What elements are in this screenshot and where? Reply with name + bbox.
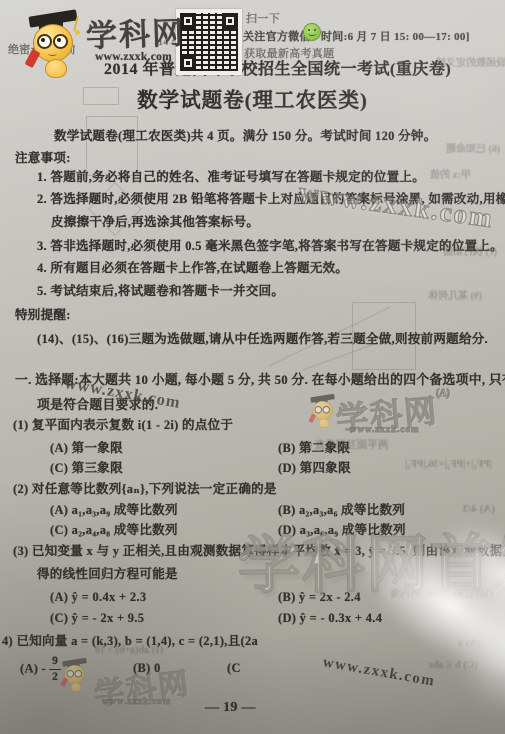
question-4-option-a: (A) -92 — [20, 656, 61, 683]
paper-info-line: 数学试题卷(理工农医类)共 4 页。满分 150 分。考试时间 120 分钟。 — [54, 129, 437, 144]
ghost-diagram-box — [86, 116, 138, 176]
wechat-green-emoji-icon — [303, 23, 321, 41]
question-1-option-c: (C) 第三象限 — [50, 461, 123, 476]
special-reminder-text: (14)、(15)、(16)三题为选做题,请从中任选两题作答,若三题全做,则按前… — [37, 332, 488, 347]
notice-item: 5. 考试结束后,将试题卷和答题卡一并交回。 — [37, 284, 284, 299]
qr-finder-pattern — [180, 55, 196, 71]
question-4-option-c: (C — [227, 661, 241, 676]
bleed-through-text: 甲:x 的值 — [430, 166, 471, 181]
notice-item: 皮擦擦干净后,再选涂其他答案标号。 — [51, 215, 259, 230]
bleed-through-text: (C) b ≤ abc — [428, 660, 478, 671]
question-3-option-a: (A) ŷ = 0.4x + 2.3 — [50, 590, 146, 605]
question-3-stem-line2: 得的线性回归方程可能是 — [37, 567, 178, 582]
question-1-option-a: (A) 第一象限 — [50, 441, 123, 456]
scanned-exam-page: 设函数的定义域 (6) 已知命题 甲:x 的值 (7) 执行如图 (9) 某几何… — [0, 0, 505, 734]
question-4-stem: 4) 已知向量 a = (k,3), b = (1,4), c = (2,1),… — [2, 634, 258, 649]
brand-logo-text: 学科网 — [85, 14, 185, 55]
camera-glare — [455, 585, 505, 715]
zxxk-graduate-emoji-logo — [24, 10, 90, 86]
watermark-site-topright: www.zxxk.com — [297, 176, 496, 234]
paper-title: 数学试题卷(理工农医类) — [0, 89, 505, 114]
notice-heading: 注意事项: — [15, 151, 71, 166]
qr-code — [176, 9, 242, 75]
question-2-stem: (2) 对任意等比数列{aₙ},下列说法一定正确的是 — [13, 482, 277, 497]
page-number: — 19 — — [205, 700, 256, 717]
broadcast-time-note: 时间:6 月 7 日 15: 00—17: 00] — [321, 31, 470, 44]
watermark-site-bottomright: www.zxxk.com — [321, 654, 436, 691]
bleed-through-text: (6) 已知命题 — [446, 140, 500, 155]
question-1-option-b: (B) 第二象限 — [278, 441, 350, 456]
bleed-through-text: (9) 某几何体 — [428, 287, 482, 302]
notice-item: 1. 答题前,务必将自己的姓名、准考证号填写在答题卡规定的位置上。 — [37, 170, 425, 185]
brand-url: www.zxxk.com — [95, 51, 172, 65]
bleed-through-text: (A) a — [458, 638, 480, 649]
qr-finder-pattern — [222, 13, 238, 29]
watermark-mark-a: (A) — [436, 388, 450, 399]
notice-item: 3. 答非选择题时,必须使用 0.5 毫米黑色签字笔,将答案书写在答题卡规定的位… — [37, 239, 503, 254]
wechat-label: 关注官方微信 — [243, 31, 311, 44]
question-3-option-c: (C) ŷ = - 2x + 9.5 — [50, 611, 144, 626]
glasses-icon — [37, 34, 52, 49]
watermark-emoji-icon — [60, 658, 93, 696]
notice-item: 4. 所有题目必须在答题卡上作答,在试题卷上答题无效。 — [37, 261, 348, 276]
question-1-stem: (1) 复平面内表示复数 i(1 - 2i) 的点位于 — [13, 418, 233, 433]
question-3-option-d: (D) ŷ = - 0.3x + 4.4 — [278, 611, 382, 626]
qr-scan-hint: 扫一下 — [246, 13, 280, 26]
question-2-option-c: (C) a₂,a₄,a₈ 成等比数列 — [50, 523, 178, 538]
red-ribbon — [25, 49, 41, 68]
special-reminder-heading: 特别提醒: — [15, 308, 71, 323]
question-1-option-d: (D) 第四象限 — [278, 461, 351, 476]
watermark-first-release: 学科网首发试卷 — [238, 512, 505, 605]
question-2-option-a: (A) a₁,a₃,a₉ 成等比数列 — [50, 503, 178, 518]
bleed-through-text: |PF₁|+|PF₂|=36,|PF₂| — [405, 459, 492, 470]
